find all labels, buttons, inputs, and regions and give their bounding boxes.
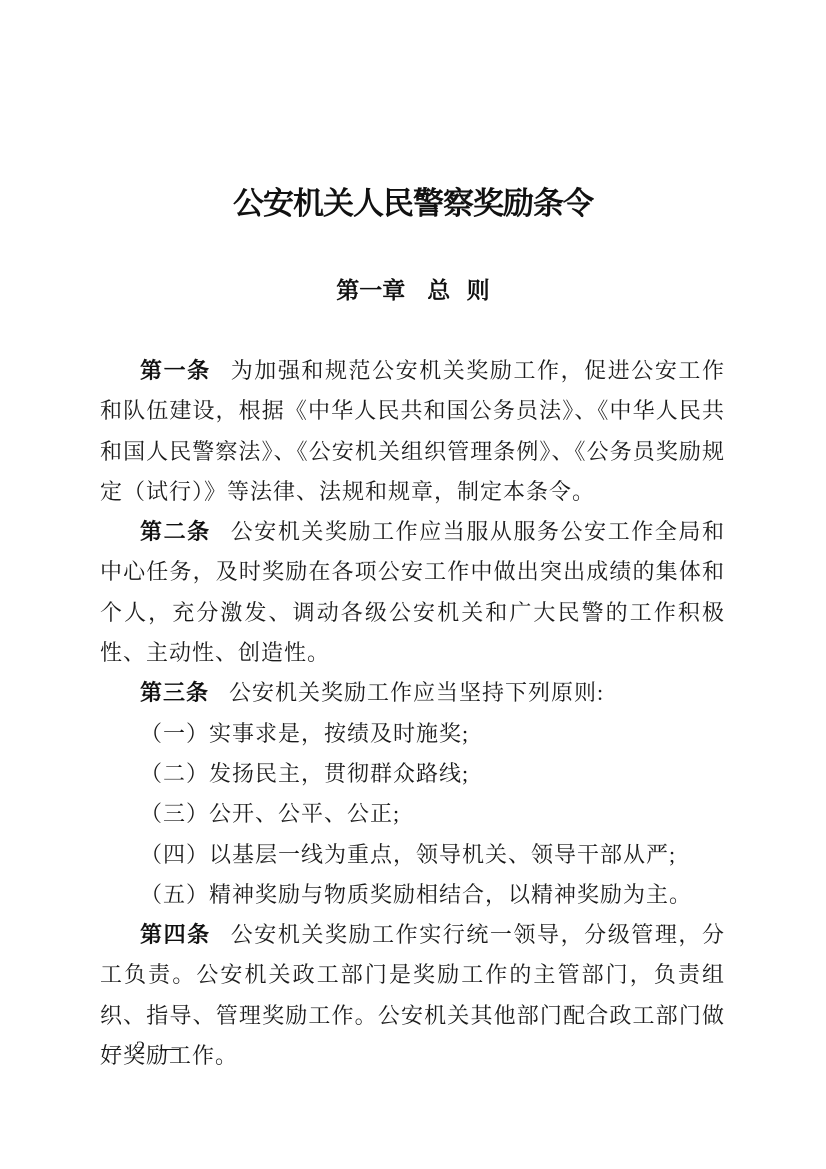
principle-item-1: （一）实事求是，按绩及时施奖; [100, 714, 725, 754]
chapter-heading: 第一章总 则 [0, 278, 826, 302]
chapter-number: 第一章 [336, 277, 405, 303]
principle-item-4: （四）以基层一线为重点，领导机关、领导干部从严; [100, 835, 725, 875]
document-title: 公安机关人民警察奖励条令 [0, 0, 826, 223]
principle-item-3: （三）公开、公平、公正; [100, 794, 725, 834]
article-2-paragraph: 第二条公安机关奖励工作应当服从服务公安工作全局和中心任务，及时奖励在各项公安工作… [100, 512, 725, 673]
article-2-label: 第二条 [140, 519, 211, 544]
principle-item-2: （二）发扬民主，贯彻群众路线; [100, 754, 725, 794]
chapter-name: 总 则 [427, 277, 489, 303]
article-1-label: 第一条 [140, 358, 211, 383]
article-3-paragraph: 第三条公安机关奖励工作应当坚持下列原则: [100, 673, 725, 713]
document-page: 公安机关人民警察奖励条令 第一章总 则 第一条为加强和规范公安机关奖励工作，促进… [0, 0, 826, 1169]
article-4-paragraph: 第四条公安机关奖励工作实行统一领导，分级管理，分工负责。公安机关政工部门是奖励工… [100, 915, 725, 1076]
article-3-text: 公安机关奖励工作应当坚持下列原则: [229, 680, 604, 705]
article-4-label: 第四条 [140, 922, 211, 947]
article-1-paragraph: 第一条为加强和规范公安机关奖励工作，促进公安工作和队伍建设，根据《中华人民共和国… [100, 351, 725, 512]
page-number: — 2 — [102, 1038, 181, 1060]
article-3-label: 第三条 [140, 680, 209, 705]
document-body: 第一条为加强和规范公安机关奖励工作，促进公安工作和队伍建设，根据《中华人民共和国… [100, 351, 725, 1076]
principle-item-5: （五）精神奖励与物质奖励相结合，以精神奖励为主。 [100, 875, 725, 915]
